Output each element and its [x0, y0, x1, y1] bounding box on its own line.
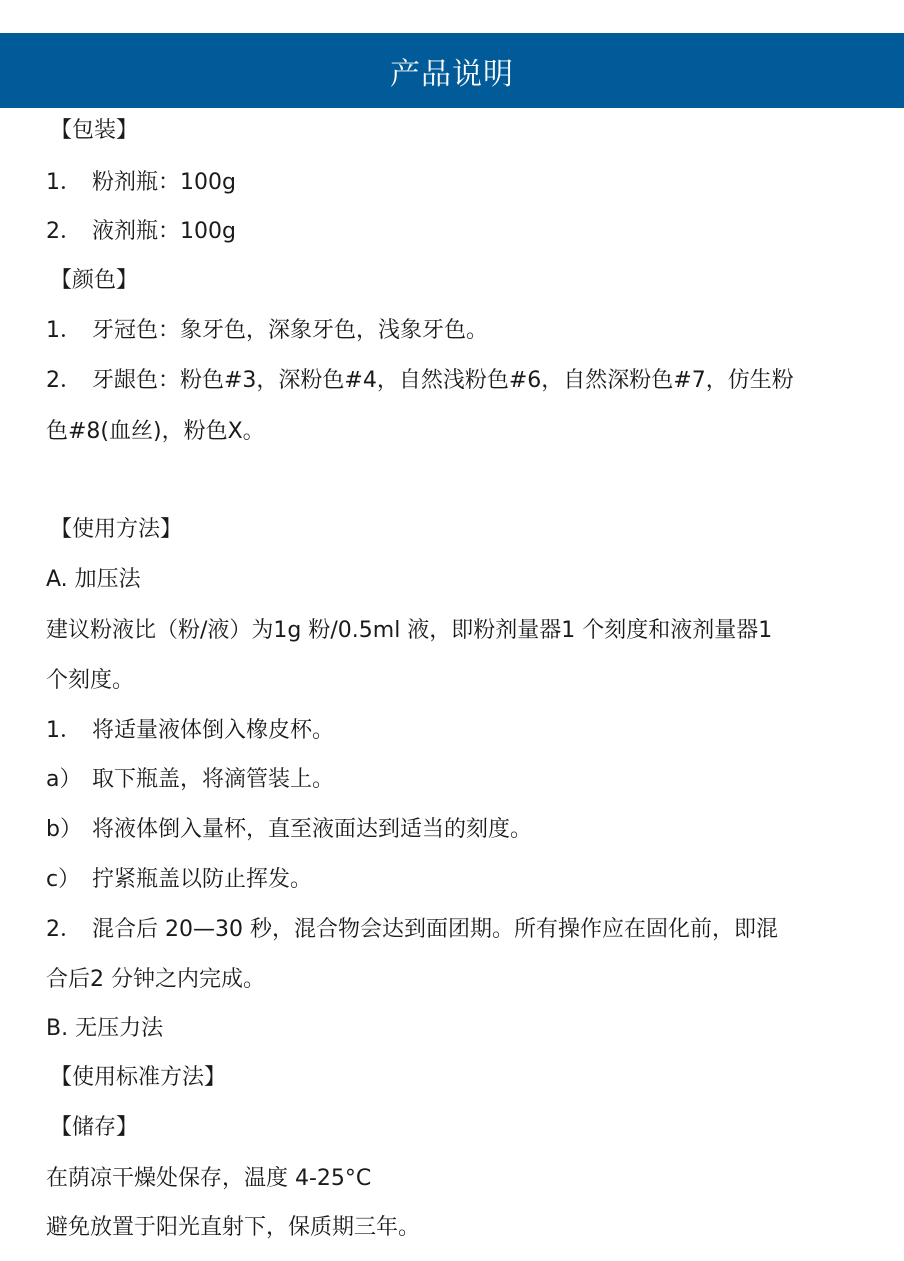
step-marker: c） — [46, 865, 92, 895]
step-text: 取下瓶盖，将滴管装上。 — [92, 767, 334, 792]
step-text: 拧紧瓶盖以防止挥发。 — [92, 867, 312, 892]
method-b-title: B. 无压力法 — [46, 1014, 163, 1044]
color-item-continuation: 色#8(血丝)，粉色X。 — [46, 417, 265, 447]
step-text: 将适量液体倒入橡皮杯。 — [92, 718, 334, 743]
step-text: 将液体倒入量杯，直至液面达到适当的刻度。 — [92, 817, 532, 842]
usage-step: a）取下瓶盖，将滴管装上。 — [46, 765, 334, 795]
storage-line: 在荫凉干燥处保存，温度 4-25°C — [46, 1164, 371, 1194]
method-a-title: A. 加压法 — [46, 565, 141, 595]
step-marker: 1． — [46, 716, 92, 746]
usage-step: 1．将适量液体倒入橡皮杯。 — [46, 716, 334, 746]
color-item: 2．牙龈色：粉色#3，深粉色#4，自然浅粉色#6，自然深粉色#7，仿生粉 — [46, 366, 794, 396]
usage-step: b）将液体倒入量杯，直至液面达到适当的刻度。 — [46, 815, 532, 845]
color-item: 1．牙冠色：象牙色，深象牙色，浅象牙色。 — [46, 316, 488, 346]
ratio-line: 建议粉液比（粉/液）为1g 粉/0.5ml 液，即粉剂量器1 个刻度和液剂量器1 — [46, 616, 772, 646]
step-marker: 2． — [46, 915, 92, 945]
item-number: 2． — [46, 366, 92, 396]
page-title: 产品说明 — [390, 49, 514, 93]
usage-step: 2．混合后 20—30 秒，混合物会达到面团期。所有操作应在固化前，即混 — [46, 915, 778, 945]
step-marker: a） — [46, 765, 92, 795]
section-heading-storage: 【储存】 — [50, 1113, 138, 1143]
storage-line: 避免放置于阳光直射下，保质期三年。 — [46, 1213, 420, 1243]
item-number: 2． — [46, 217, 92, 247]
item-number: 1． — [46, 316, 92, 346]
section-heading-standard-method: 【使用标准方法】 — [50, 1063, 226, 1093]
item-text: 液剂瓶：100g — [92, 219, 236, 244]
item-text: 牙冠色：象牙色，深象牙色，浅象牙色。 — [92, 318, 488, 343]
item-text: 粉剂瓶：100g — [92, 170, 236, 195]
step-marker: b） — [46, 815, 92, 845]
step-text: 混合后 20—30 秒，混合物会达到面团期。所有操作应在固化前，即混 — [92, 917, 778, 942]
item-text: 牙龈色：粉色#3，深粉色#4，自然浅粉色#6，自然深粉色#7，仿生粉 — [92, 368, 794, 393]
header-bar: 产品说明 — [0, 33, 904, 108]
item-number: 1． — [46, 168, 92, 198]
section-heading-color: 【颜色】 — [50, 266, 138, 296]
section-heading-packaging: 【包装】 — [50, 116, 138, 146]
packaging-item: 2．液剂瓶：100g — [46, 217, 236, 247]
usage-step-continuation: 合后2 分钟之内完成。 — [46, 965, 265, 995]
usage-step: c）拧紧瓶盖以防止挥发。 — [46, 865, 312, 895]
packaging-item: 1．粉剂瓶：100g — [46, 168, 236, 198]
section-heading-usage: 【使用方法】 — [50, 515, 182, 545]
ratio-line-continuation: 个刻度。 — [46, 666, 134, 696]
